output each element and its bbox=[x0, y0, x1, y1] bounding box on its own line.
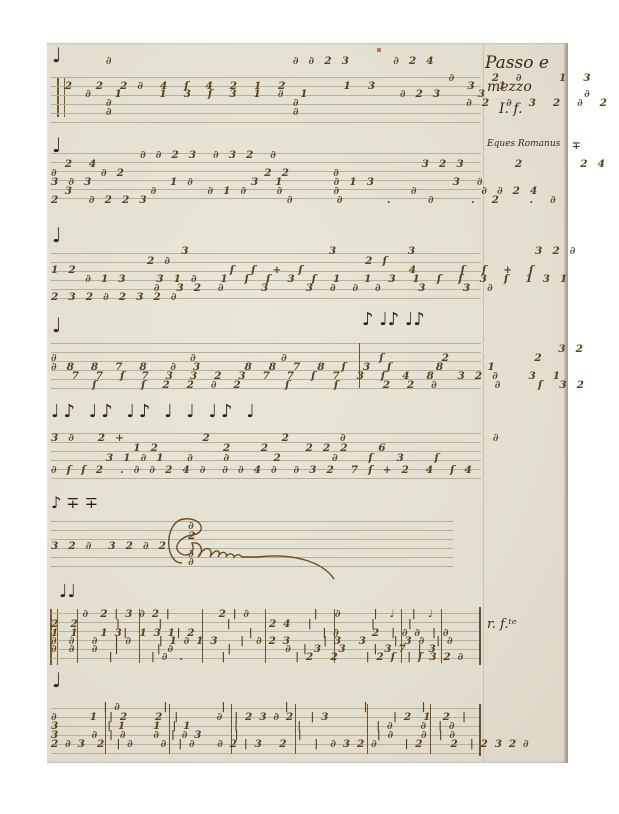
barline bbox=[479, 607, 481, 665]
tab-row: ſ ſ 2 2 ∂ 2 ſ ſ 2 2 ∂ ∂ ſ 3 2 bbox=[51, 380, 587, 391]
tab-row: ∂ ſ ſ 2 . ∂ ∂ 2 4 ∂ ∂ ∂ 4 ∂ ∂ 3 2 7 ſ + … bbox=[51, 465, 475, 476]
tab-row: ∂ ∂ bbox=[51, 107, 302, 118]
rhythm-flag: ♩ bbox=[52, 225, 61, 245]
tab-row: ∂ ∂ ∂ 2 3 ∂ 2 4 bbox=[51, 56, 437, 67]
tab-row: 2 ∂ 2 2 3 ∂ ∂ . ∂ . 2 . ∂ bbox=[51, 195, 559, 206]
rhythm-flags: ♩♪ ♩♪ ♩♪ ♩ ♩ ♩♪ ♩ bbox=[51, 403, 259, 421]
tab-row: 2 3 2 ∂ 2 3 2 ∂ bbox=[51, 292, 180, 303]
rhythm-flag: ♩ bbox=[52, 670, 61, 690]
end-mark: r. f.ᵗᵉ bbox=[487, 617, 517, 632]
tab-row: 2 ∂ 3 2 | ∂ ∂ | ∂ ∂ 2 | 3 2 | ∂ 3 2 ∂ | … bbox=[51, 739, 530, 750]
rhythm-flags: ♪ ∓ ∓ bbox=[51, 495, 98, 511]
piece-title-line1: Passo e bbox=[485, 53, 549, 73]
tab-system-3: ♩ 3 3 3 3 2 ∂ 2 ∂ 2 ſ 1 2 ſ ſ + ſ bbox=[47, 223, 483, 313]
manuscript-page: Passo e mezzo I. f. Eques Romanus r. f.ᵗ… bbox=[47, 43, 568, 763]
tab-system-8: ♩ | ∂ | | | | | ∂ 1 | 2 2 | ∂ | 2 3 ∂ 2 … bbox=[47, 668, 483, 763]
tab-system-1: ♩ ∂ ∂ ∂ 2 3 ∂ 2 4 ∂ 2 ∂ 1 3 2 2 2 ∂ 4 ſ … bbox=[47, 43, 483, 133]
tab-system-4: ♩ ♪ ♩♪ ♩♪ 3 2 ∂ ∂ ∂ ſ 2 bbox=[47, 313, 483, 403]
tab-system-5: ♩♪ ♩♪ ♩♪ ♩ ♩ ♩♪ ♩ 3 ∂ 2 + 2 2 ∂ ∂ 1 2 2 … bbox=[47, 403, 483, 493]
rhythm-flags-right: ♪ ♩♪ ♩♪ bbox=[362, 311, 425, 329]
tab-row: 3 1 ∂ 1 ∂ ∂ 2 ∂ ſ 3 ſ bbox=[51, 453, 442, 464]
tab-row: | | ∂ . | | 2 2 | 2 ſ | ſ 3 2 ∂ bbox=[51, 652, 465, 663]
final-flourish-ornament bbox=[162, 513, 342, 583]
rhythm-flags: ♩♩ bbox=[59, 583, 76, 601]
tab-system-6: ♪ ∓ ∓ ∂ 2 3 2 ∂ 3 2 ∂ 2 ∂ ∂ bbox=[47, 493, 483, 588]
rhythm-flag: ♩ bbox=[52, 315, 61, 335]
tab-system-7: ♩♩ ∂ 2 | 3 ∂ 2 | 2 | ∂ | ∂ | ♩ | ♩ 2 2 |… bbox=[47, 583, 483, 678]
tab-system-2: ♩ ∓ ∂ ∂ 2 3 ∂ 3 2 ∂ 2 4 bbox=[47, 133, 483, 223]
